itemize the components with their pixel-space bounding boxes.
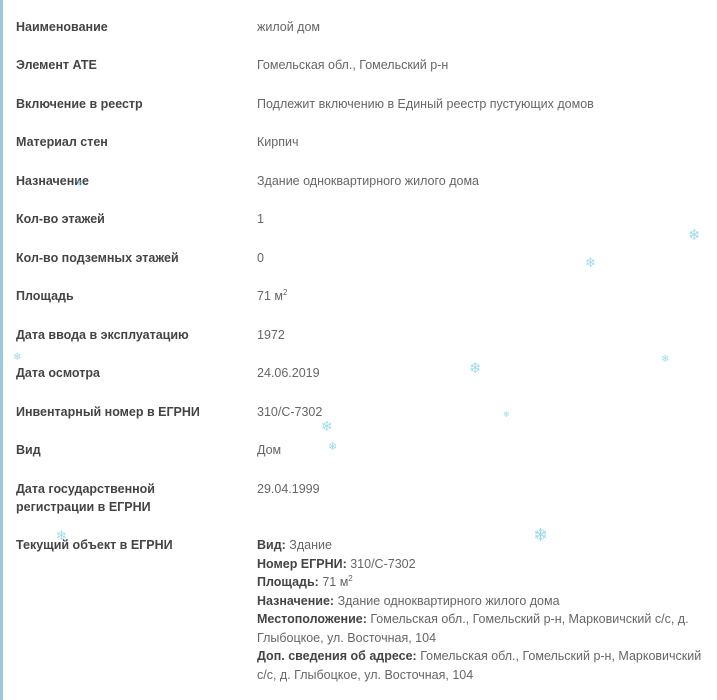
property-value: жилой дом	[257, 18, 712, 36]
property-label: Дата осмотра	[16, 364, 236, 382]
property-label: Назначение	[16, 172, 236, 190]
property-value: Здание одноквартирного жилого дома	[257, 172, 712, 190]
egrni-field-location: Местоположение: Гомельская обл., Гомельс…	[257, 610, 712, 647]
property-value: Кирпич	[257, 133, 712, 151]
left-accent-border	[0, 0, 3, 700]
egrni-field-address-extra: Доп. сведения об адресе: Гомельская обл.…	[257, 647, 712, 684]
egrni-field-purpose: Назначение: Здание одноквартирного жилог…	[257, 592, 712, 611]
current-object-details: Вид: Здание Номер ЕГРНИ: 310/С-7302 Площ…	[257, 536, 712, 684]
property-label: Кол-во этажей	[16, 210, 236, 228]
property-value: 29.04.1999	[257, 480, 712, 498]
property-value: 1972	[257, 326, 712, 344]
property-label: Дата ввода в эксплуатацию	[16, 326, 236, 344]
property-label: Площадь	[16, 287, 236, 305]
property-value: 310/С-7302	[257, 403, 712, 421]
egrni-field-number: Номер ЕГРНИ: 310/С-7302	[257, 555, 712, 574]
snowflake-icon: ❄	[688, 228, 701, 243]
property-value: 24.06.2019	[257, 364, 712, 382]
property-label: Вид	[16, 441, 236, 459]
property-label: Инвентарный номер в ЕГРНИ	[16, 403, 236, 421]
property-label: Наименование	[16, 18, 236, 36]
snowflake-icon: ❄	[13, 353, 21, 363]
property-value: 1	[257, 210, 712, 228]
property-value: 0	[257, 249, 712, 267]
property-label: Материал стен	[16, 133, 236, 151]
property-label: Кол-во подземных этажей	[16, 249, 236, 267]
egrni-field-type: Вид: Здание	[257, 536, 712, 555]
property-value: Дом	[257, 441, 712, 459]
property-label: Элемент АТЕ	[16, 56, 236, 74]
property-value: Гомельская обл., Гомельский р-н	[257, 56, 712, 74]
egrni-field-area: Площадь: 71 м2	[257, 573, 712, 592]
property-label: Включение в реестр	[16, 95, 236, 113]
property-value: Подлежит включению в Единый реестр пусту…	[257, 95, 712, 113]
snowflake-icon: ❄	[321, 420, 333, 434]
property-value: 71 м2	[257, 287, 712, 305]
property-label: Текущий объект в ЕГРНИ	[16, 536, 236, 554]
property-label: Дата государственной регистрации в ЕГРНИ	[16, 480, 236, 516]
